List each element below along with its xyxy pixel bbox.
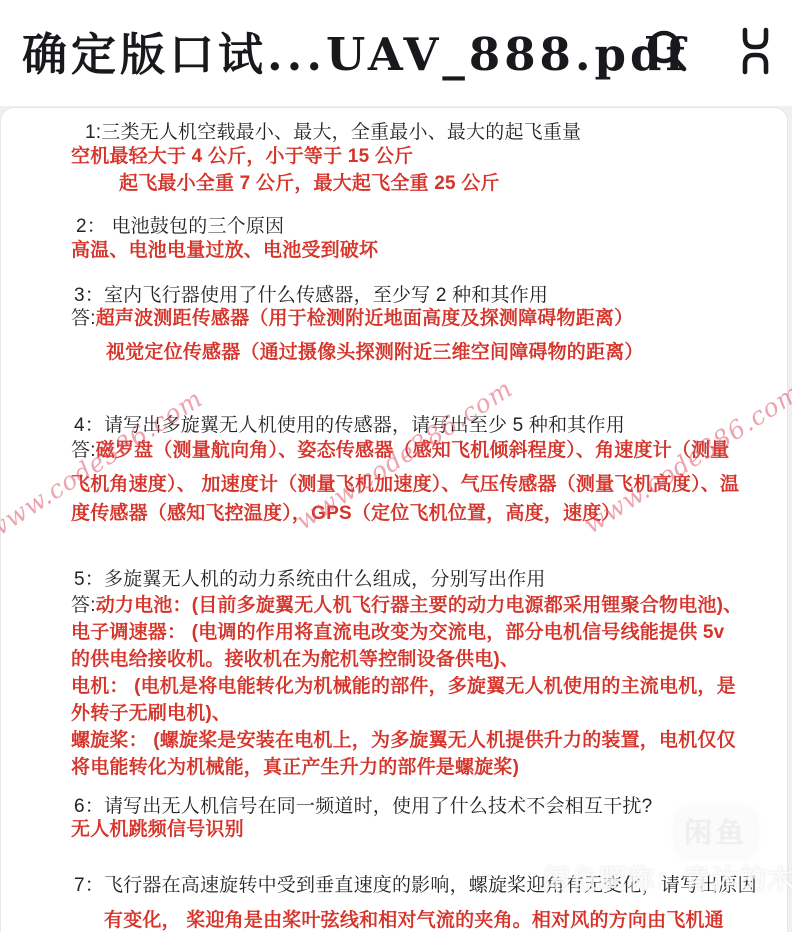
- collapse-vertical-icon: [728, 25, 782, 82]
- answer-line: 答:超声波测距传感器（用于检测附近地面高度及探测障碍物距离）: [71, 307, 633, 331]
- seller-watermark: 闲鱼昵称：青沐的木: [543, 858, 792, 897]
- answer-line: 空机最轻大于 4 公斤，小于等于 15 公斤: [71, 145, 413, 169]
- document-title: 确定版口试...UAV_888.pdf: [22, 18, 689, 83]
- xianyu-logo-badge: 闲鱼: [676, 806, 756, 856]
- pdf-viewer-header: 确定版口试...UAV_888.pdf: [0, 0, 792, 106]
- answer-line: 答:动力电池：(目前多旋翼无人机飞行器主要的动力电源都采用锂聚合物电池)、: [71, 594, 742, 618]
- answer-line: 电子调速器： (电调的作用将直流电改变为交流电，部分电机信号线能提供 5v: [71, 621, 724, 645]
- answer-line: 高温、电池电量过放、电池受到破坏: [71, 239, 378, 263]
- answer-line: 的供电给接收机。接收机在为舵机等控制设备供电)、: [71, 648, 519, 672]
- answer-line: 电机： (电机是将电能转化为机械能的部件，多旋翼无人机使用的主流电机，是: [71, 675, 736, 699]
- question-line: 5：多旋翼无人机的动力系统由什么组成，分别写出作用: [74, 568, 546, 592]
- search-icon: [641, 25, 693, 82]
- answer-line: 有变化， 桨迎角是由桨叶弦线和相对气流的夹角。相对风的方向由飞机通: [104, 909, 724, 932]
- answer-line: 将电能转化为机械能，真正产生升力的部件是螺旋桨): [71, 756, 519, 780]
- fit-height-button[interactable]: [728, 26, 782, 80]
- question-line: 2： 电池鼓包的三个原因: [76, 215, 284, 239]
- question-line: 6：请写出无人机信号在同一频道时，使用了什么技术不会相互干扰?: [74, 795, 652, 819]
- question-line: 1:三类无人机空载最小、最大，全重最小、最大的起飞重量: [85, 121, 581, 145]
- answer-line: 起飞最小全重 7 公斤，最大起飞全重 25 公斤: [119, 172, 500, 196]
- answer-line: 螺旋桨： (螺旋桨是安装在电机上，为多旋翼无人机提供升力的装置，电机仅仅: [71, 729, 736, 753]
- xianyu-logo-text: 闲鱼: [684, 811, 748, 851]
- answer-line: 视觉定位传感器（通过摄像头探测附近三维空间障碍物的距离）: [106, 341, 644, 365]
- answer-line: 无人机跳频信号识别: [71, 818, 244, 842]
- search-button[interactable]: [640, 26, 694, 80]
- question-line: 3：室内飞行器使用了什么传感器，至少写 2 种和其作用: [74, 284, 548, 308]
- answer-line: 外转子无刷电机)、: [71, 702, 231, 726]
